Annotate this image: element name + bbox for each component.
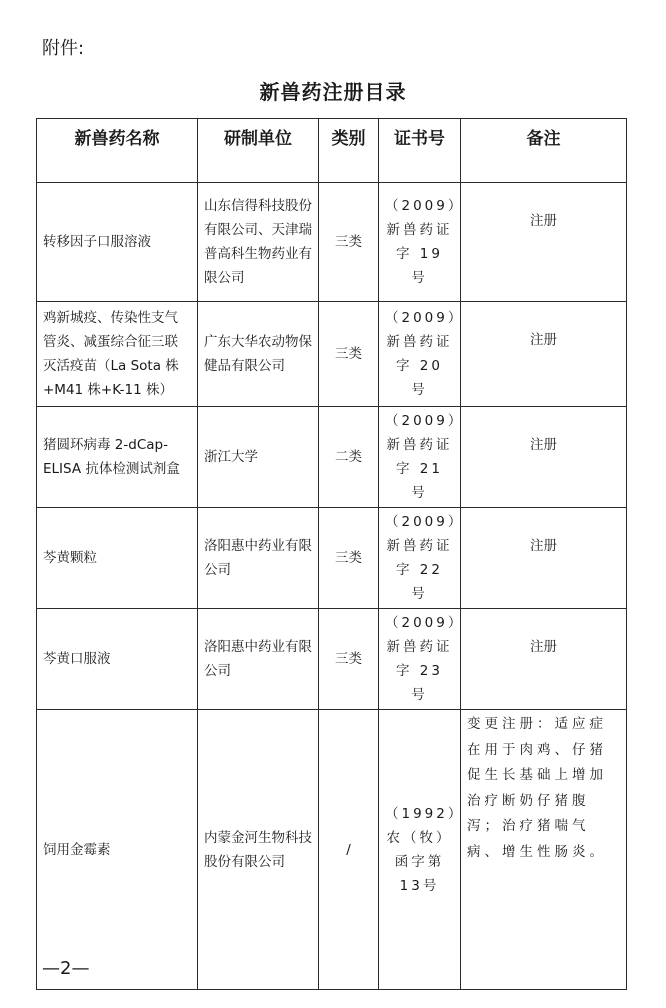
header-remark: 备注 (461, 119, 627, 183)
cell-unit: 内蒙金河生物科技股份有限公司 (198, 710, 319, 990)
cell-remark: 注册 (461, 302, 627, 407)
cell-name: 饲用金霉素 (37, 710, 198, 990)
cell-cert: （2009）新兽药证字 22 号 (379, 508, 461, 609)
cell-name: 芩黄颗粒 (37, 508, 198, 609)
table-header-row: 新兽药名称 研制单位 类别 证书号 备注 (37, 119, 627, 183)
cell-category: 三类 (319, 609, 379, 710)
table-row: 猪圆环病毒 2-dCap-ELISA 抗体检测试剂盒 浙江大学 二类 （2009… (37, 407, 627, 508)
cell-cert: （1992）农（牧）函字第13号 (379, 710, 461, 990)
header-cert: 证书号 (379, 119, 461, 183)
cell-name: 芩黄口服液 (37, 609, 198, 710)
table-row: 转移因子口服溶液 山东信得科技股份有限公司、天津瑞普高科生物药业有限公司 三类 … (37, 183, 627, 302)
page-title: 新兽药注册目录 (0, 76, 666, 105)
page-number: —2— (42, 958, 89, 979)
cell-unit: 洛阳惠中药业有限公司 (198, 508, 319, 609)
header-unit: 研制单位 (198, 119, 319, 183)
cell-unit: 洛阳惠中药业有限公司 (198, 609, 319, 710)
cell-remark: 注册 (461, 609, 627, 710)
cell-cert: （2009）新兽药证字 20 号 (379, 302, 461, 407)
cell-cert: （2009）新兽药证字 23 号 (379, 609, 461, 710)
cell-category: / (319, 710, 379, 990)
cell-unit: 广东大华农动物保健品有限公司 (198, 302, 319, 407)
cell-remark: 变更注册：适应症在用于肉鸡、仔猪促生长基础上增加治疗断奶仔猪腹泻；治疗猪喘气病、… (461, 710, 627, 990)
registration-table: 新兽药名称 研制单位 类别 证书号 备注 转移因子口服溶液 山东信得科技股份有限… (36, 118, 627, 990)
header-category: 类别 (319, 119, 379, 183)
cell-category: 三类 (319, 508, 379, 609)
table-row: 饲用金霉素 内蒙金河生物科技股份有限公司 / （1992）农（牧）函字第13号 … (37, 710, 627, 990)
cell-remark: 注册 (461, 407, 627, 508)
attachment-label: 附件: (42, 34, 84, 60)
cell-unit: 浙江大学 (198, 407, 319, 508)
cell-cert: （2009）新兽药证字 19 号 (379, 183, 461, 302)
cell-remark: 注册 (461, 183, 627, 302)
cell-category: 三类 (319, 183, 379, 302)
table-row: 芩黄口服液 洛阳惠中药业有限公司 三类 （2009）新兽药证字 23 号 注册 (37, 609, 627, 710)
cell-name: 转移因子口服溶液 (37, 183, 198, 302)
table-row: 鸡新城疫、传染性支气管炎、减蛋综合征三联灭活疫苗（La Sota 株+M41 株… (37, 302, 627, 407)
cell-cert: （2009）新兽药证字 21 号 (379, 407, 461, 508)
table-row: 芩黄颗粒 洛阳惠中药业有限公司 三类 （2009）新兽药证字 22 号 注册 (37, 508, 627, 609)
cell-name: 鸡新城疫、传染性支气管炎、减蛋综合征三联灭活疫苗（La Sota 株+M41 株… (37, 302, 198, 407)
cell-category: 三类 (319, 302, 379, 407)
cell-name: 猪圆环病毒 2-dCap-ELISA 抗体检测试剂盒 (37, 407, 198, 508)
cell-unit: 山东信得科技股份有限公司、天津瑞普高科生物药业有限公司 (198, 183, 319, 302)
cell-category: 二类 (319, 407, 379, 508)
cell-remark: 注册 (461, 508, 627, 609)
header-name: 新兽药名称 (37, 119, 198, 183)
